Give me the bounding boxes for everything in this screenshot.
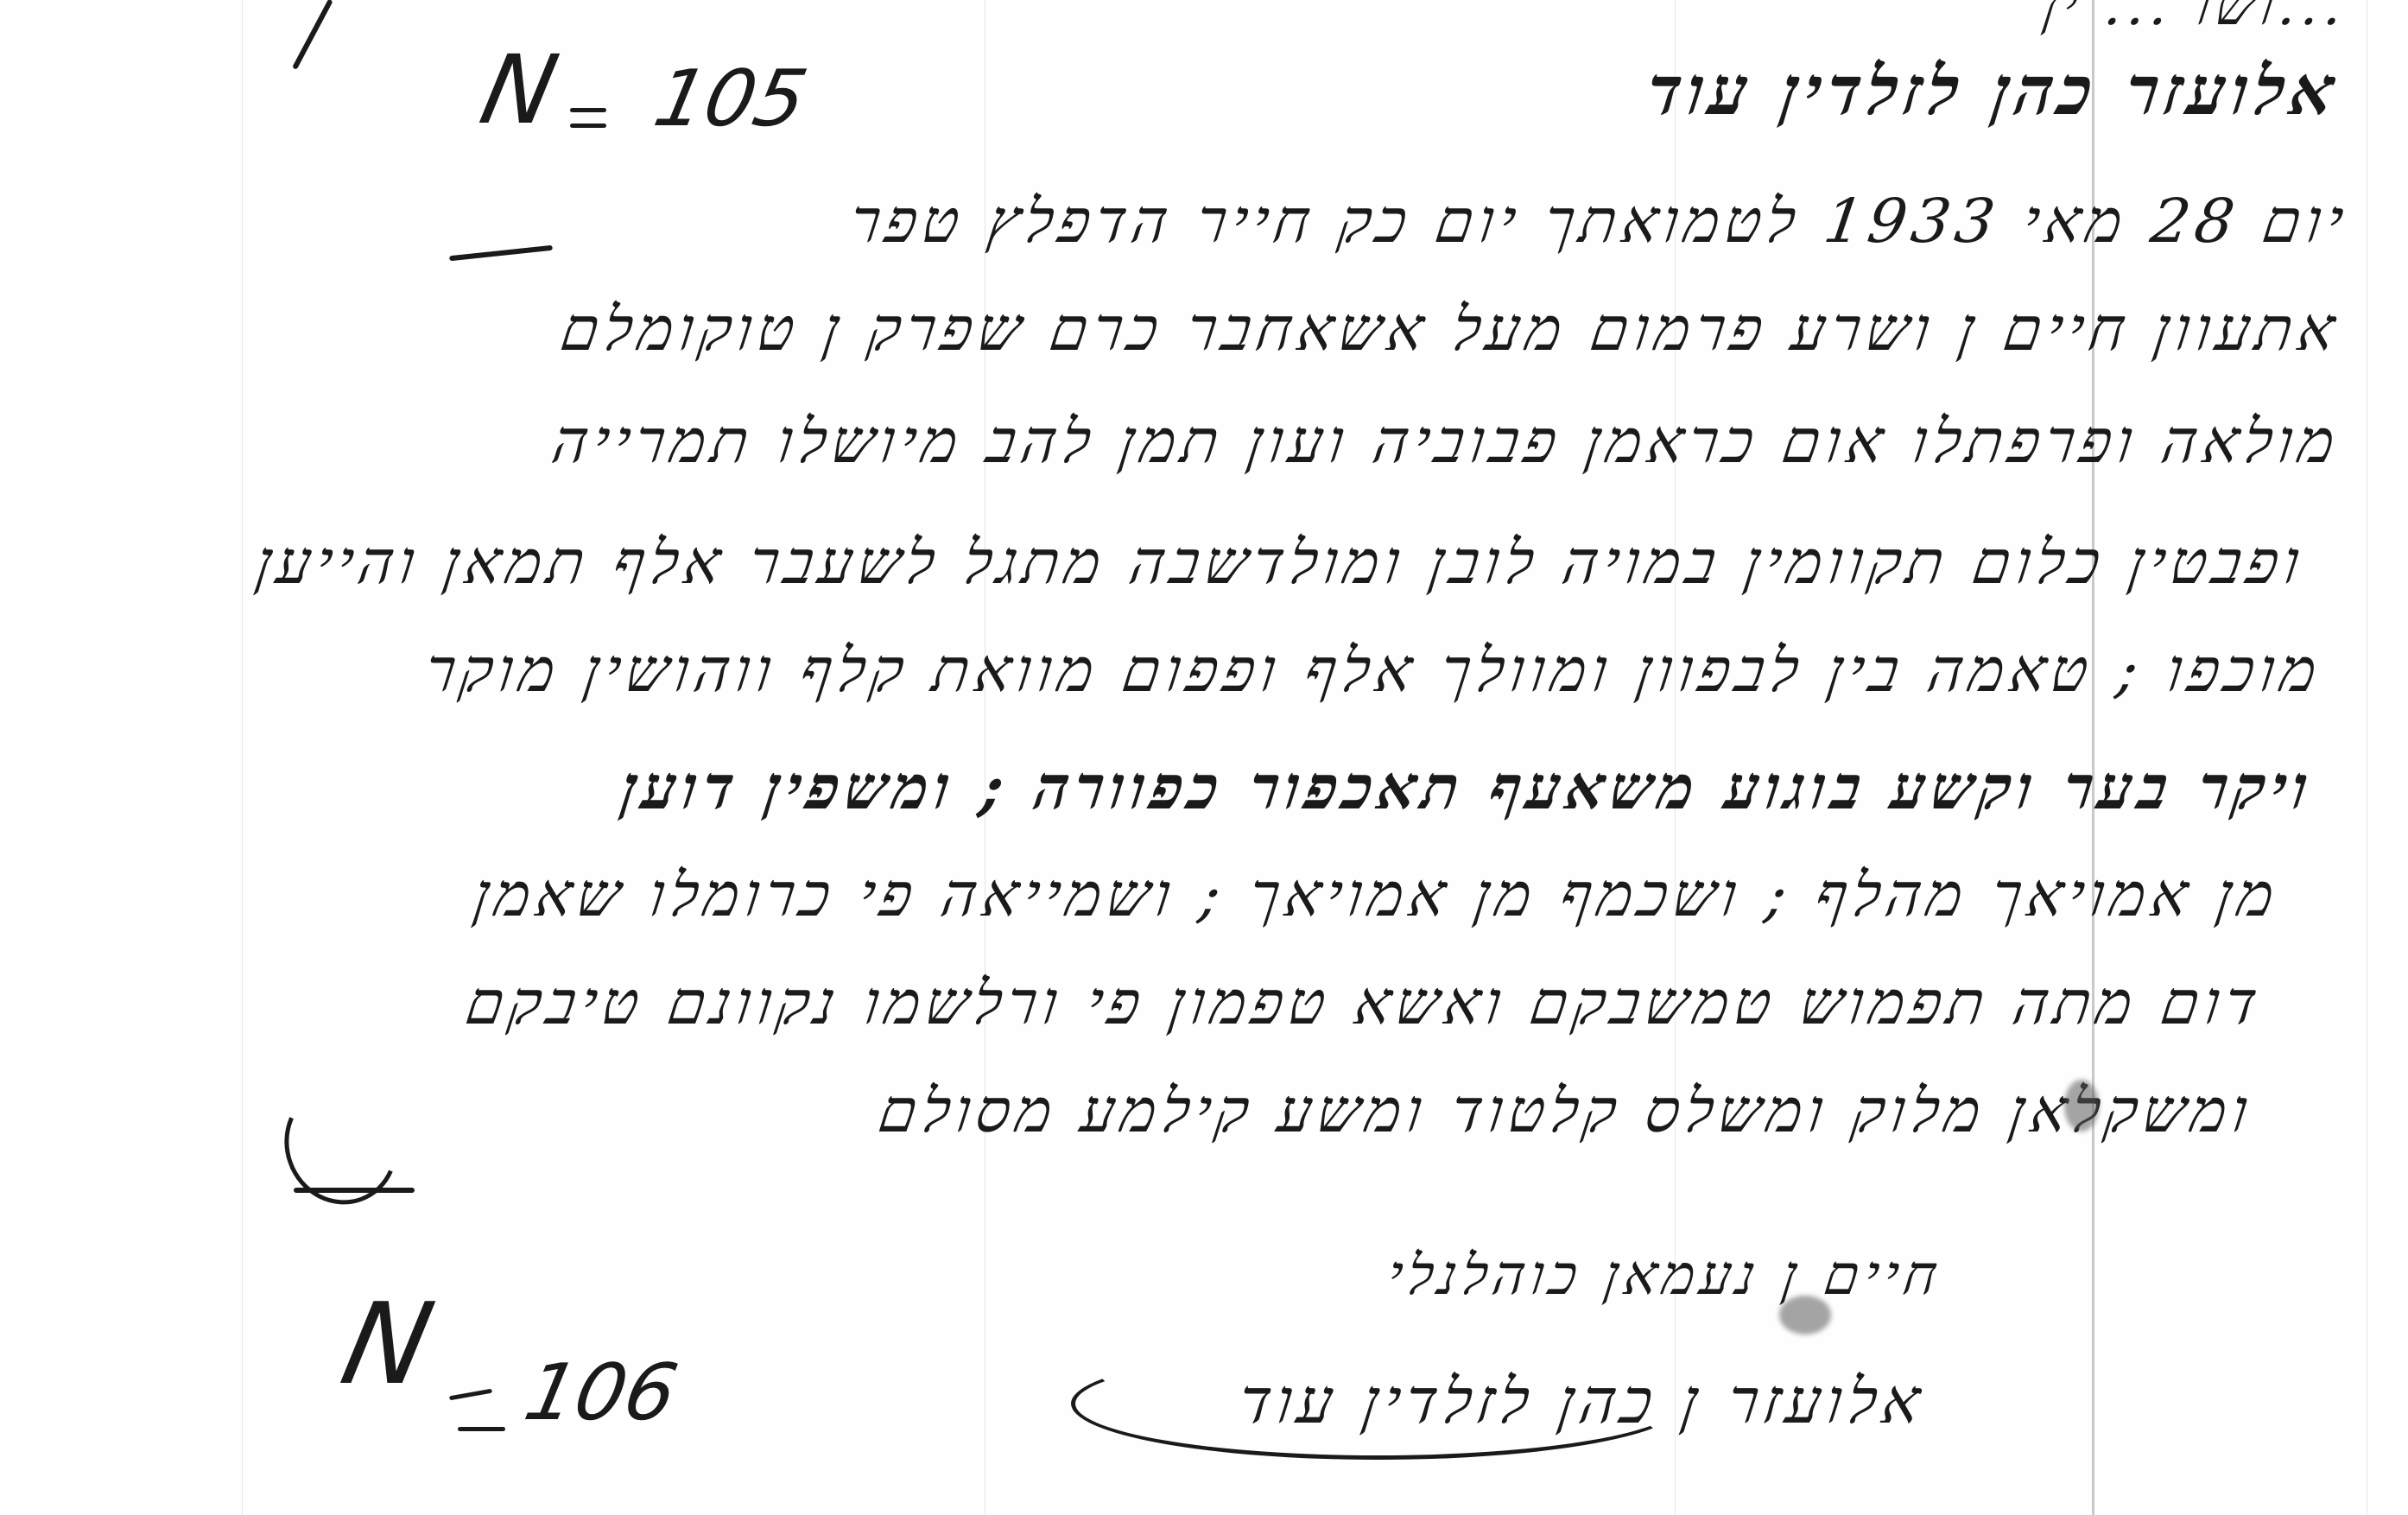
pen-stroke [292,0,333,70]
ink-smudge [1779,1296,1831,1334]
number-sign: N [472,35,567,145]
closing-flourish [268,1068,415,1220]
entry-number: 106 [517,1347,685,1438]
closing-flourish-line [294,1188,415,1193]
equals-stroke [449,1389,492,1401]
signature-line-1: חיים ן נעמאן כוהלנלי [1384,1244,1946,1308]
letter-line-8: דום מתה תפמוש טמשבקם ואשא טפמון פי ורלשמ… [461,967,2266,1039]
letter-line-4: ופבטין כלום תקוומין במויה לובן ומולדשבה … [251,527,2310,599]
page-crease [2367,0,2367,1515]
letter-line-6: ויקר בער וקשע בוגוע משאעף תאכפור כפוורה … [618,751,2318,824]
equals-stroke [458,1427,505,1431]
equals-stroke [570,108,606,112]
letter-line-2: אתעוון חיים ן ושרע פרמום מעל אשאחבר כרם … [556,294,2344,365]
signature-underline-flourish [1071,1347,1684,1460]
equals-stroke [570,124,606,128]
letter-line-9: ומשקלאן מלוק ומשלס קלטוד ומשע קילמע מסול… [874,1075,2258,1147]
scanned-page: ...ושוֹ ... ין אלועזר כהן לזלדין עוד N 1… [0,0,2408,1515]
letter-line-5: מוכפו ; טאמה בין לבפוון ומוולך אלף ופפום… [421,635,2327,707]
header-partial-line: ...ושוֹ ... ין [2039,0,2352,38]
letter-line-3: מולאה ופרפתלו אום כראמן פבוביה ועון תמן … [548,406,2344,478]
ink-smudge [2064,1080,2099,1131]
letter-line-1: יום 28 מאי 1933 לטמואתך יום כק חייר הדפל… [846,186,2353,257]
number-sign: N [332,1278,444,1410]
pen-flourish [449,245,553,262]
header-name-line: אלועזר כהן לזלדין עוד [1642,52,2345,130]
page-crease [242,0,243,1515]
letter-line-7: מן אמויאך מהלף ; ושכמף מן אמויאך ; ושמיי… [469,859,2284,931]
entry-number: 105 [647,54,814,144]
